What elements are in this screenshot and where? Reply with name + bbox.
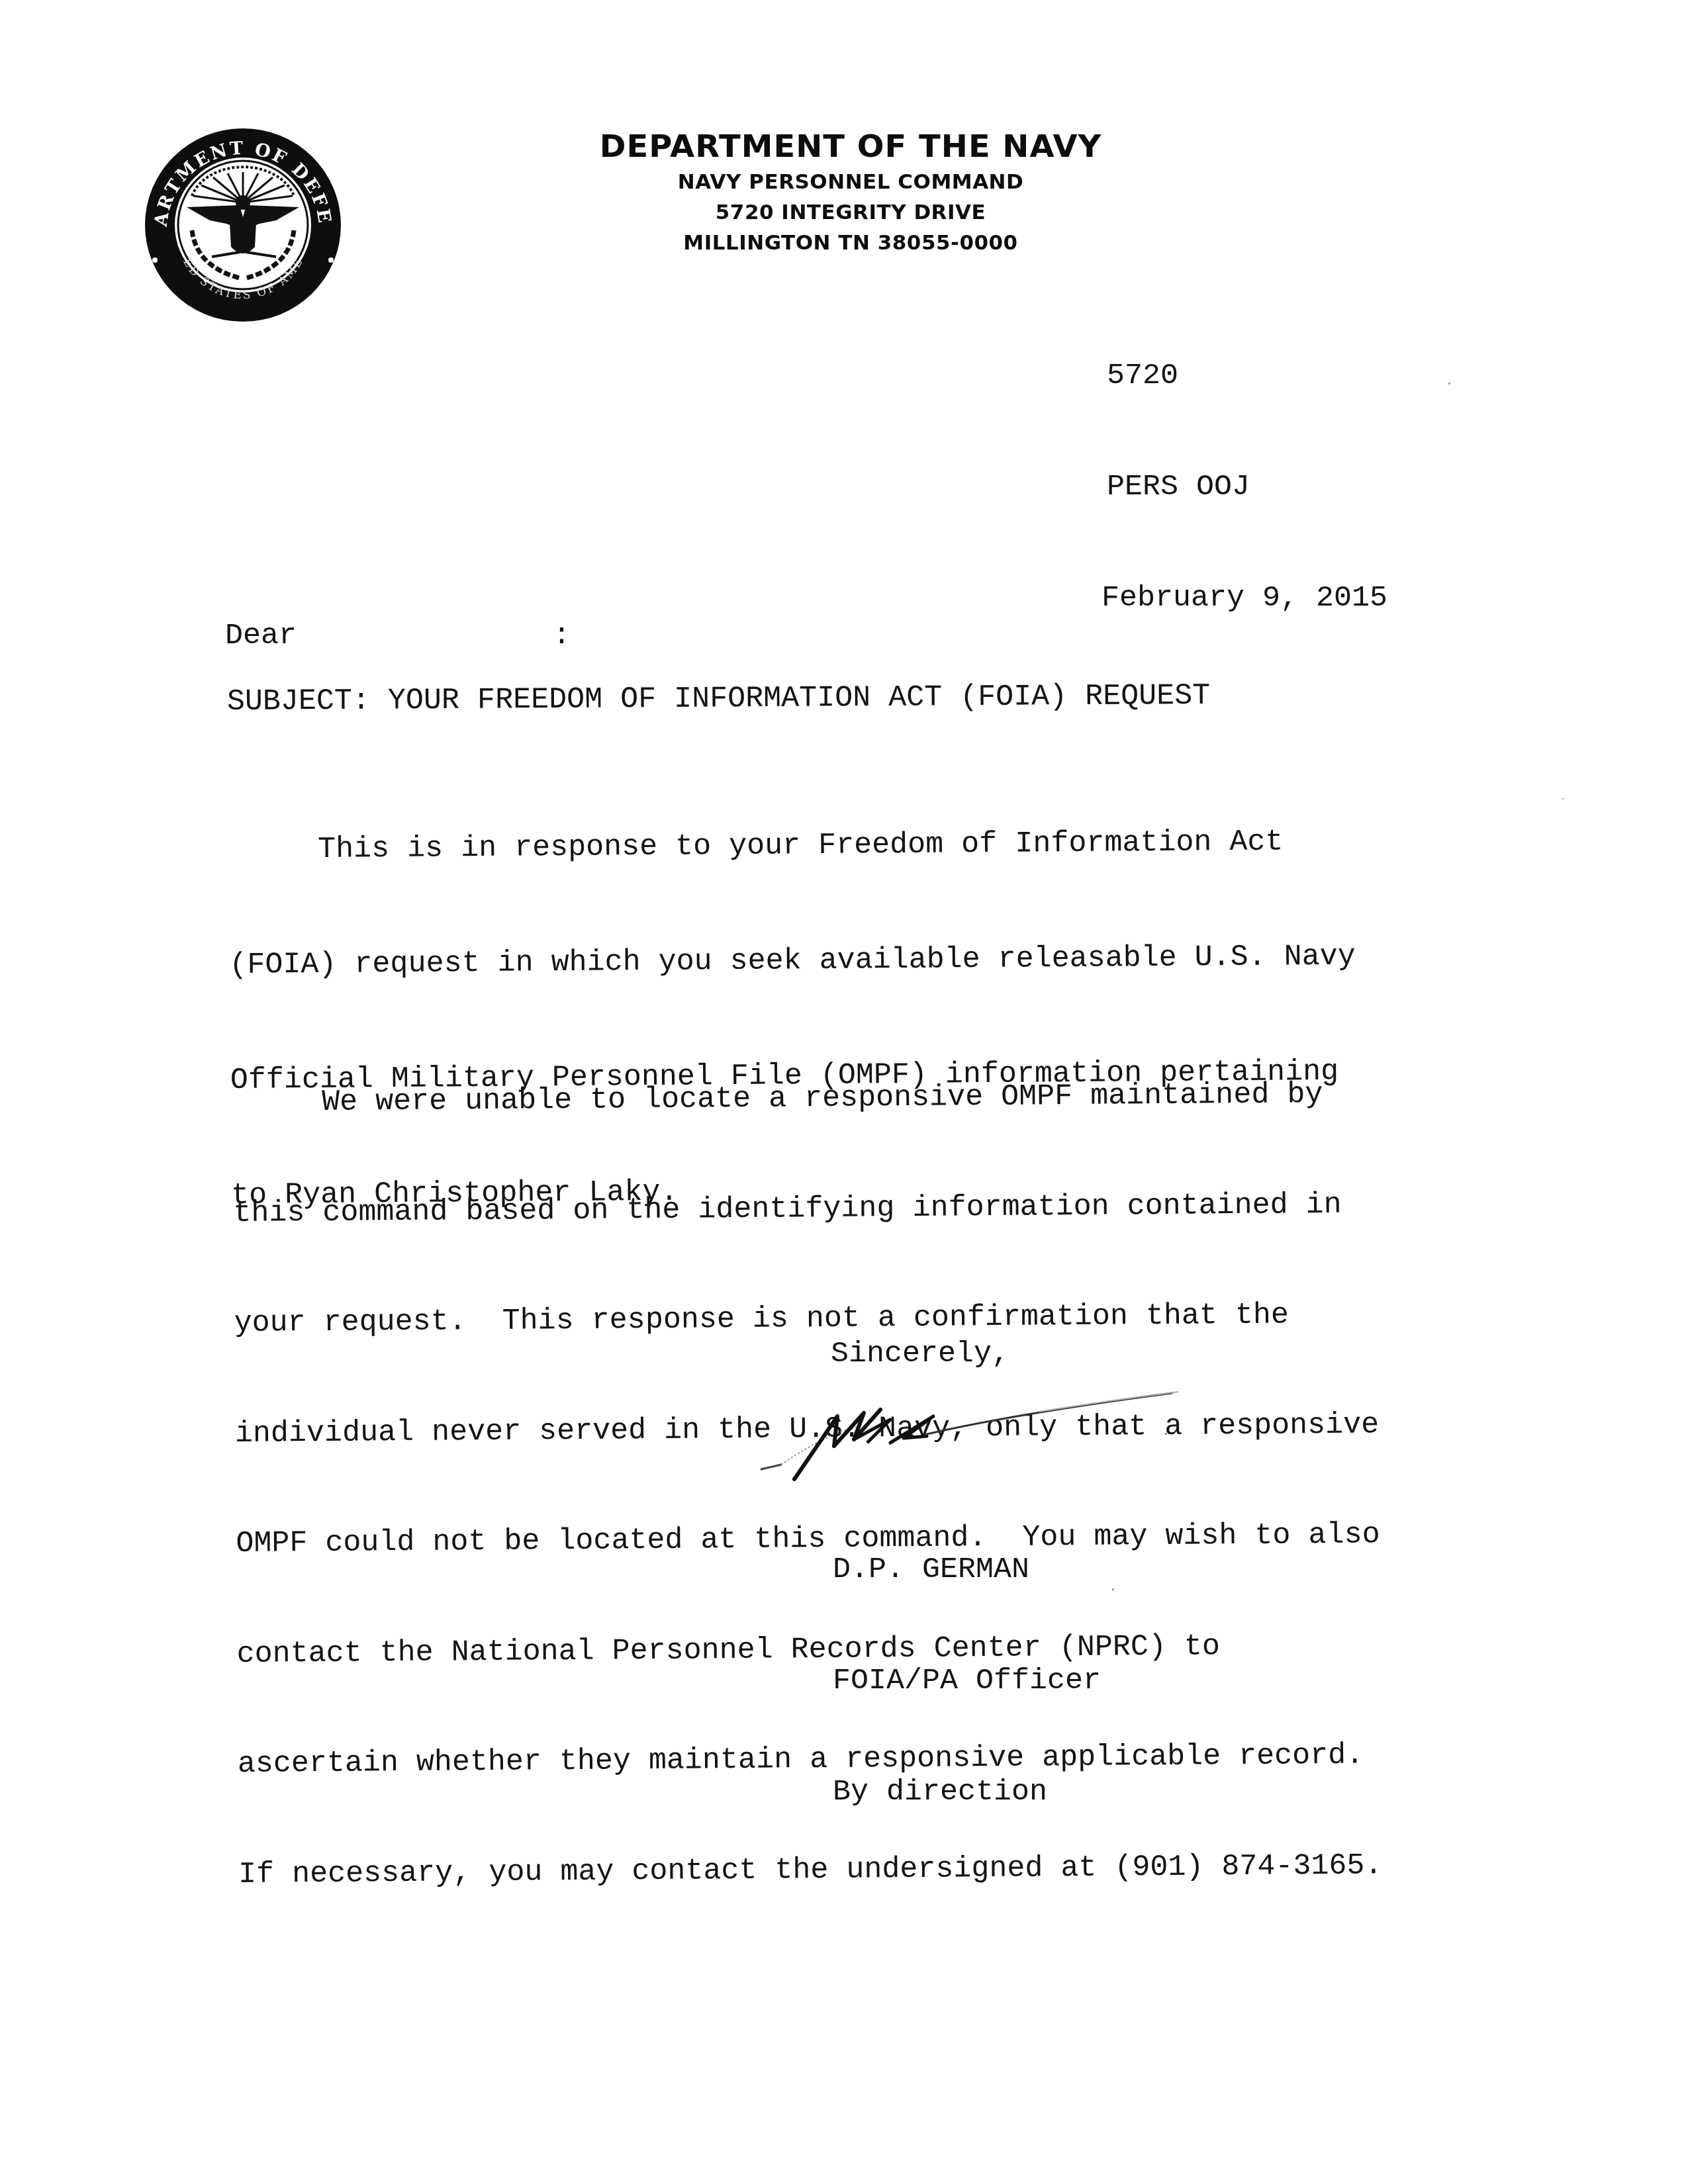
letterhead: DEPARTMENT OF THE NAVY NAVY PERSONNEL CO… <box>516 127 1185 258</box>
salutation-greeting: Dear <box>225 619 297 653</box>
letterhead-city: MILLINGTON TN 38055-0000 <box>516 228 1185 258</box>
scan-speck <box>1562 797 1564 799</box>
signature-block: D.P. GERMAN FOIA/PA Officer By direction <box>833 1477 1101 1885</box>
paragraph-line: If necessary, you may contact the unders… <box>238 1847 1383 1893</box>
signer-name: D.P. GERMAN <box>833 1551 1101 1588</box>
letter-page: DEPARTMENT OF DEFENSE UNITED STATES OF A… <box>0 0 1688 2184</box>
paragraph-line: This is in response to your Freedom of I… <box>228 823 1355 870</box>
ssic-code: 5720 <box>1107 357 1387 394</box>
letter-date: February 9, 2015 <box>1102 580 1387 617</box>
paragraph-line: this command based on the identifying in… <box>233 1186 1378 1232</box>
subject-line: SUBJECT: YOUR FREEDOM OF INFORMATION ACT… <box>227 679 1211 719</box>
office-code: PERS OOJ <box>1107 469 1387 506</box>
department-of-defense-seal-icon: DEPARTMENT OF DEFENSE UNITED STATES OF A… <box>140 124 346 326</box>
paragraph-line: contact the National Personnel Records C… <box>236 1627 1381 1672</box>
paragraph-line: (FOIA) request in which you seek availab… <box>229 938 1356 985</box>
letterhead-street: 5720 INTEGRITY DRIVE <box>516 197 1185 228</box>
handwritten-signature-icon <box>755 1387 1192 1492</box>
letterhead-command: NAVY PERSONNEL COMMAND <box>516 167 1185 197</box>
scan-speck <box>1112 1588 1114 1590</box>
paragraph-line: OMPF could not be located at this comman… <box>236 1516 1380 1562</box>
closing: Sincerely, <box>831 1337 1009 1371</box>
signer-title: FOIA/PA Officer <box>833 1662 1101 1700</box>
scan-speck <box>1165 1433 1167 1435</box>
paragraph-line: We were unable to locate a responsive OM… <box>232 1075 1377 1121</box>
signer-authority: By direction <box>833 1774 1101 1811</box>
scan-speck <box>1448 383 1450 385</box>
paragraph-line: your request. This response is not a con… <box>234 1296 1378 1342</box>
letterhead-title: DEPARTMENT OF THE NAVY <box>510 127 1192 167</box>
paragraph-line: ascertain whether they maintain a respon… <box>238 1737 1382 1782</box>
reference-block: 5720 PERS OOJ February 9, 2015 <box>1107 283 1387 691</box>
salutation-colon: : <box>553 619 571 653</box>
